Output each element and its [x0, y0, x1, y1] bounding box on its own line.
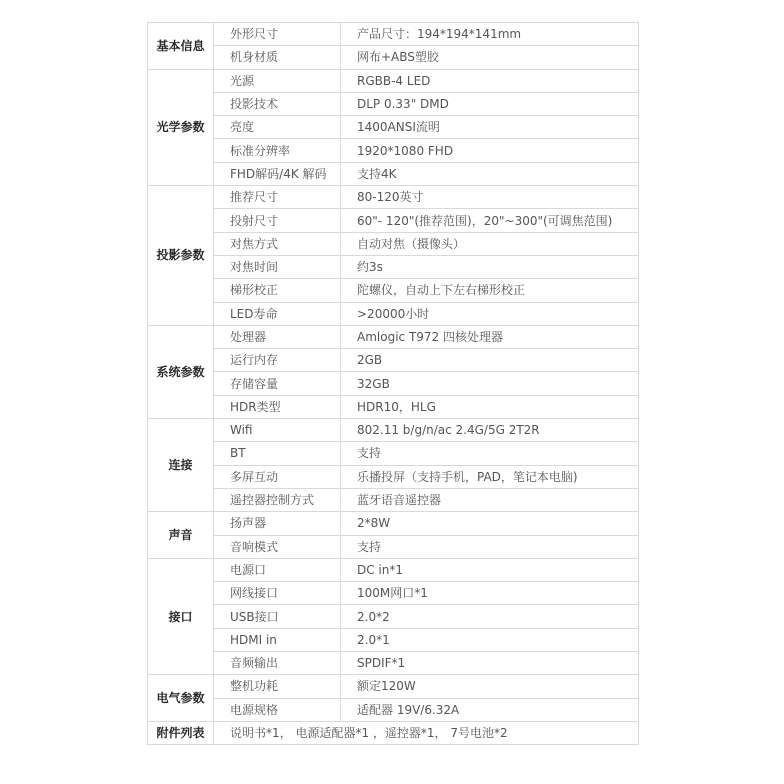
spec-value: 支持 — [341, 535, 639, 558]
table-row: LED寿命>20000小时 — [148, 302, 639, 325]
spec-label: 标准分辨率 — [214, 139, 341, 162]
table-row: 对焦方式自动对焦（摄像头） — [148, 232, 639, 255]
group-header: 电气参数 — [148, 675, 214, 722]
spec-label: 对焦方式 — [214, 232, 341, 255]
spec-label: LED寿命 — [214, 302, 341, 325]
spec-label: 音频输出 — [214, 652, 341, 675]
spec-value: 80-120英寸 — [341, 186, 639, 209]
table-row: 存储容量32GB — [148, 372, 639, 395]
spec-value: 乐播投屏（支持手机，PAD，笔记本电脑) — [341, 465, 639, 488]
spec-value: Amlogic T972 四核处理器 — [341, 325, 639, 348]
table-row: 声音扬声器2*8W — [148, 512, 639, 535]
spec-value: DC in*1 — [341, 558, 639, 581]
spec-value: 2.0*2 — [341, 605, 639, 628]
table-row: 机身材质网布+ABS塑胶 — [148, 46, 639, 69]
spec-label: 梯形校正 — [214, 279, 341, 302]
spec-value: 支持 — [341, 442, 639, 465]
table-row: 接口电源口DC in*1 — [148, 558, 639, 581]
table-row: 多屏互动乐播投屏（支持手机，PAD，笔记本电脑) — [148, 465, 639, 488]
spec-value: DLP 0.33" DMD — [341, 92, 639, 115]
spec-label: 扬声器 — [214, 512, 341, 535]
spec-label: 网线接口 — [214, 582, 341, 605]
table-row: 连接Wifi802.11 b/g/n/ac 2.4G/5G 2T2R — [148, 419, 639, 442]
spec-label: 对焦时间 — [214, 255, 341, 278]
spec-value: 适配器 19V/6.32A — [341, 698, 639, 721]
spec-value: HDR10，HLG — [341, 395, 639, 418]
group-header: 光学参数 — [148, 69, 214, 185]
spec-value: 额定120W — [341, 675, 639, 698]
spec-label: 多屏互动 — [214, 465, 341, 488]
table-row: 音频输出SPDIF*1 — [148, 652, 639, 675]
spec-label: HDMI in — [214, 628, 341, 651]
spec-value: RGBB-4 LED — [341, 69, 639, 92]
spec-value: 802.11 b/g/n/ac 2.4G/5G 2T2R — [341, 419, 639, 442]
spec-label: FHD解码/4K 解码 — [214, 162, 341, 185]
spec-label: 亮度 — [214, 116, 341, 139]
spec-label: 电源规格 — [214, 698, 341, 721]
spec-label: HDR类型 — [214, 395, 341, 418]
table-row: 对焦时间约3s — [148, 255, 639, 278]
table-row: 运行内存2GB — [148, 349, 639, 372]
spec-table-body: 基本信息外形尺寸产品尺寸：194*194*141mm机身材质网布+ABS塑胶光学… — [148, 23, 639, 745]
spec-label: 存储容量 — [214, 372, 341, 395]
accessories-row: 附件列表说明书*1， 电源适配器*1 ，遥控器*1， 7号电池*2 — [148, 721, 639, 744]
spec-label: 遥控器控制方式 — [214, 488, 341, 511]
spec-label: 光源 — [214, 69, 341, 92]
table-row: 标准分辨率1920*1080 FHD — [148, 139, 639, 162]
spec-table: 基本信息外形尺寸产品尺寸：194*194*141mm机身材质网布+ABS塑胶光学… — [147, 22, 639, 745]
spec-value: 1400ANSI流明 — [341, 116, 639, 139]
table-row: 投射尺寸60"- 120"(推荐范围)，20"~300"(可调焦范围) — [148, 209, 639, 232]
table-row: 电气参数整机功耗额定120W — [148, 675, 639, 698]
spec-value: 1920*1080 FHD — [341, 139, 639, 162]
table-row: FHD解码/4K 解码支持4K — [148, 162, 639, 185]
spec-value: 32GB — [341, 372, 639, 395]
table-row: 电源规格适配器 19V/6.32A — [148, 698, 639, 721]
table-row: 光学参数光源RGBB-4 LED — [148, 69, 639, 92]
spec-value: SPDIF*1 — [341, 652, 639, 675]
spec-value: 自动对焦（摄像头） — [341, 232, 639, 255]
spec-label: Wifi — [214, 419, 341, 442]
spec-value: 产品尺寸：194*194*141mm — [341, 23, 639, 46]
table-row: 系统参数处理器Amlogic T972 四核处理器 — [148, 325, 639, 348]
spec-value: 蓝牙语音遥控器 — [341, 488, 639, 511]
table-row: HDMI in2.0*1 — [148, 628, 639, 651]
spec-label: 运行内存 — [214, 349, 341, 372]
spec-label: 整机功耗 — [214, 675, 341, 698]
spec-label: 机身材质 — [214, 46, 341, 69]
spec-value: 约3s — [341, 255, 639, 278]
group-header: 基本信息 — [148, 23, 214, 70]
spec-value: 100M网口*1 — [341, 582, 639, 605]
spec-label: 电源口 — [214, 558, 341, 581]
group-header: 连接 — [148, 419, 214, 512]
table-row: 遥控器控制方式蓝牙语音遥控器 — [148, 488, 639, 511]
spec-label: 处理器 — [214, 325, 341, 348]
spec-label: 外形尺寸 — [214, 23, 341, 46]
table-row: BT支持 — [148, 442, 639, 465]
table-row: 亮度1400ANSI流明 — [148, 116, 639, 139]
spec-label: 推荐尺寸 — [214, 186, 341, 209]
group-header: 投影参数 — [148, 186, 214, 326]
spec-value: >20000小时 — [341, 302, 639, 325]
table-row: HDR类型HDR10，HLG — [148, 395, 639, 418]
spec-value: 60"- 120"(推荐范围)，20"~300"(可调焦范围) — [341, 209, 639, 232]
group-header: 系统参数 — [148, 325, 214, 418]
table-row: 投影参数推荐尺寸80-120英寸 — [148, 186, 639, 209]
spec-label: BT — [214, 442, 341, 465]
table-row: 网线接口100M网口*1 — [148, 582, 639, 605]
spec-value: 陀螺仪，自动上下左右梯形校正 — [341, 279, 639, 302]
spec-value: 网布+ABS塑胶 — [341, 46, 639, 69]
spec-label: 音响模式 — [214, 535, 341, 558]
group-header: 声音 — [148, 512, 214, 559]
spec-value: 2.0*1 — [341, 628, 639, 651]
group-header: 附件列表 — [148, 721, 214, 744]
table-row: 投影技术DLP 0.33" DMD — [148, 92, 639, 115]
group-header: 接口 — [148, 558, 214, 674]
table-row: 梯形校正陀螺仪，自动上下左右梯形校正 — [148, 279, 639, 302]
spec-value: 支持4K — [341, 162, 639, 185]
table-row: 基本信息外形尺寸产品尺寸：194*194*141mm — [148, 23, 639, 46]
spec-label: 投射尺寸 — [214, 209, 341, 232]
spec-value: 2GB — [341, 349, 639, 372]
table-row: 音响模式支持 — [148, 535, 639, 558]
accessories-value: 说明书*1， 电源适配器*1 ，遥控器*1， 7号电池*2 — [214, 721, 639, 744]
spec-label: USB接口 — [214, 605, 341, 628]
spec-label: 投影技术 — [214, 92, 341, 115]
table-row: USB接口2.0*2 — [148, 605, 639, 628]
spec-value: 2*8W — [341, 512, 639, 535]
